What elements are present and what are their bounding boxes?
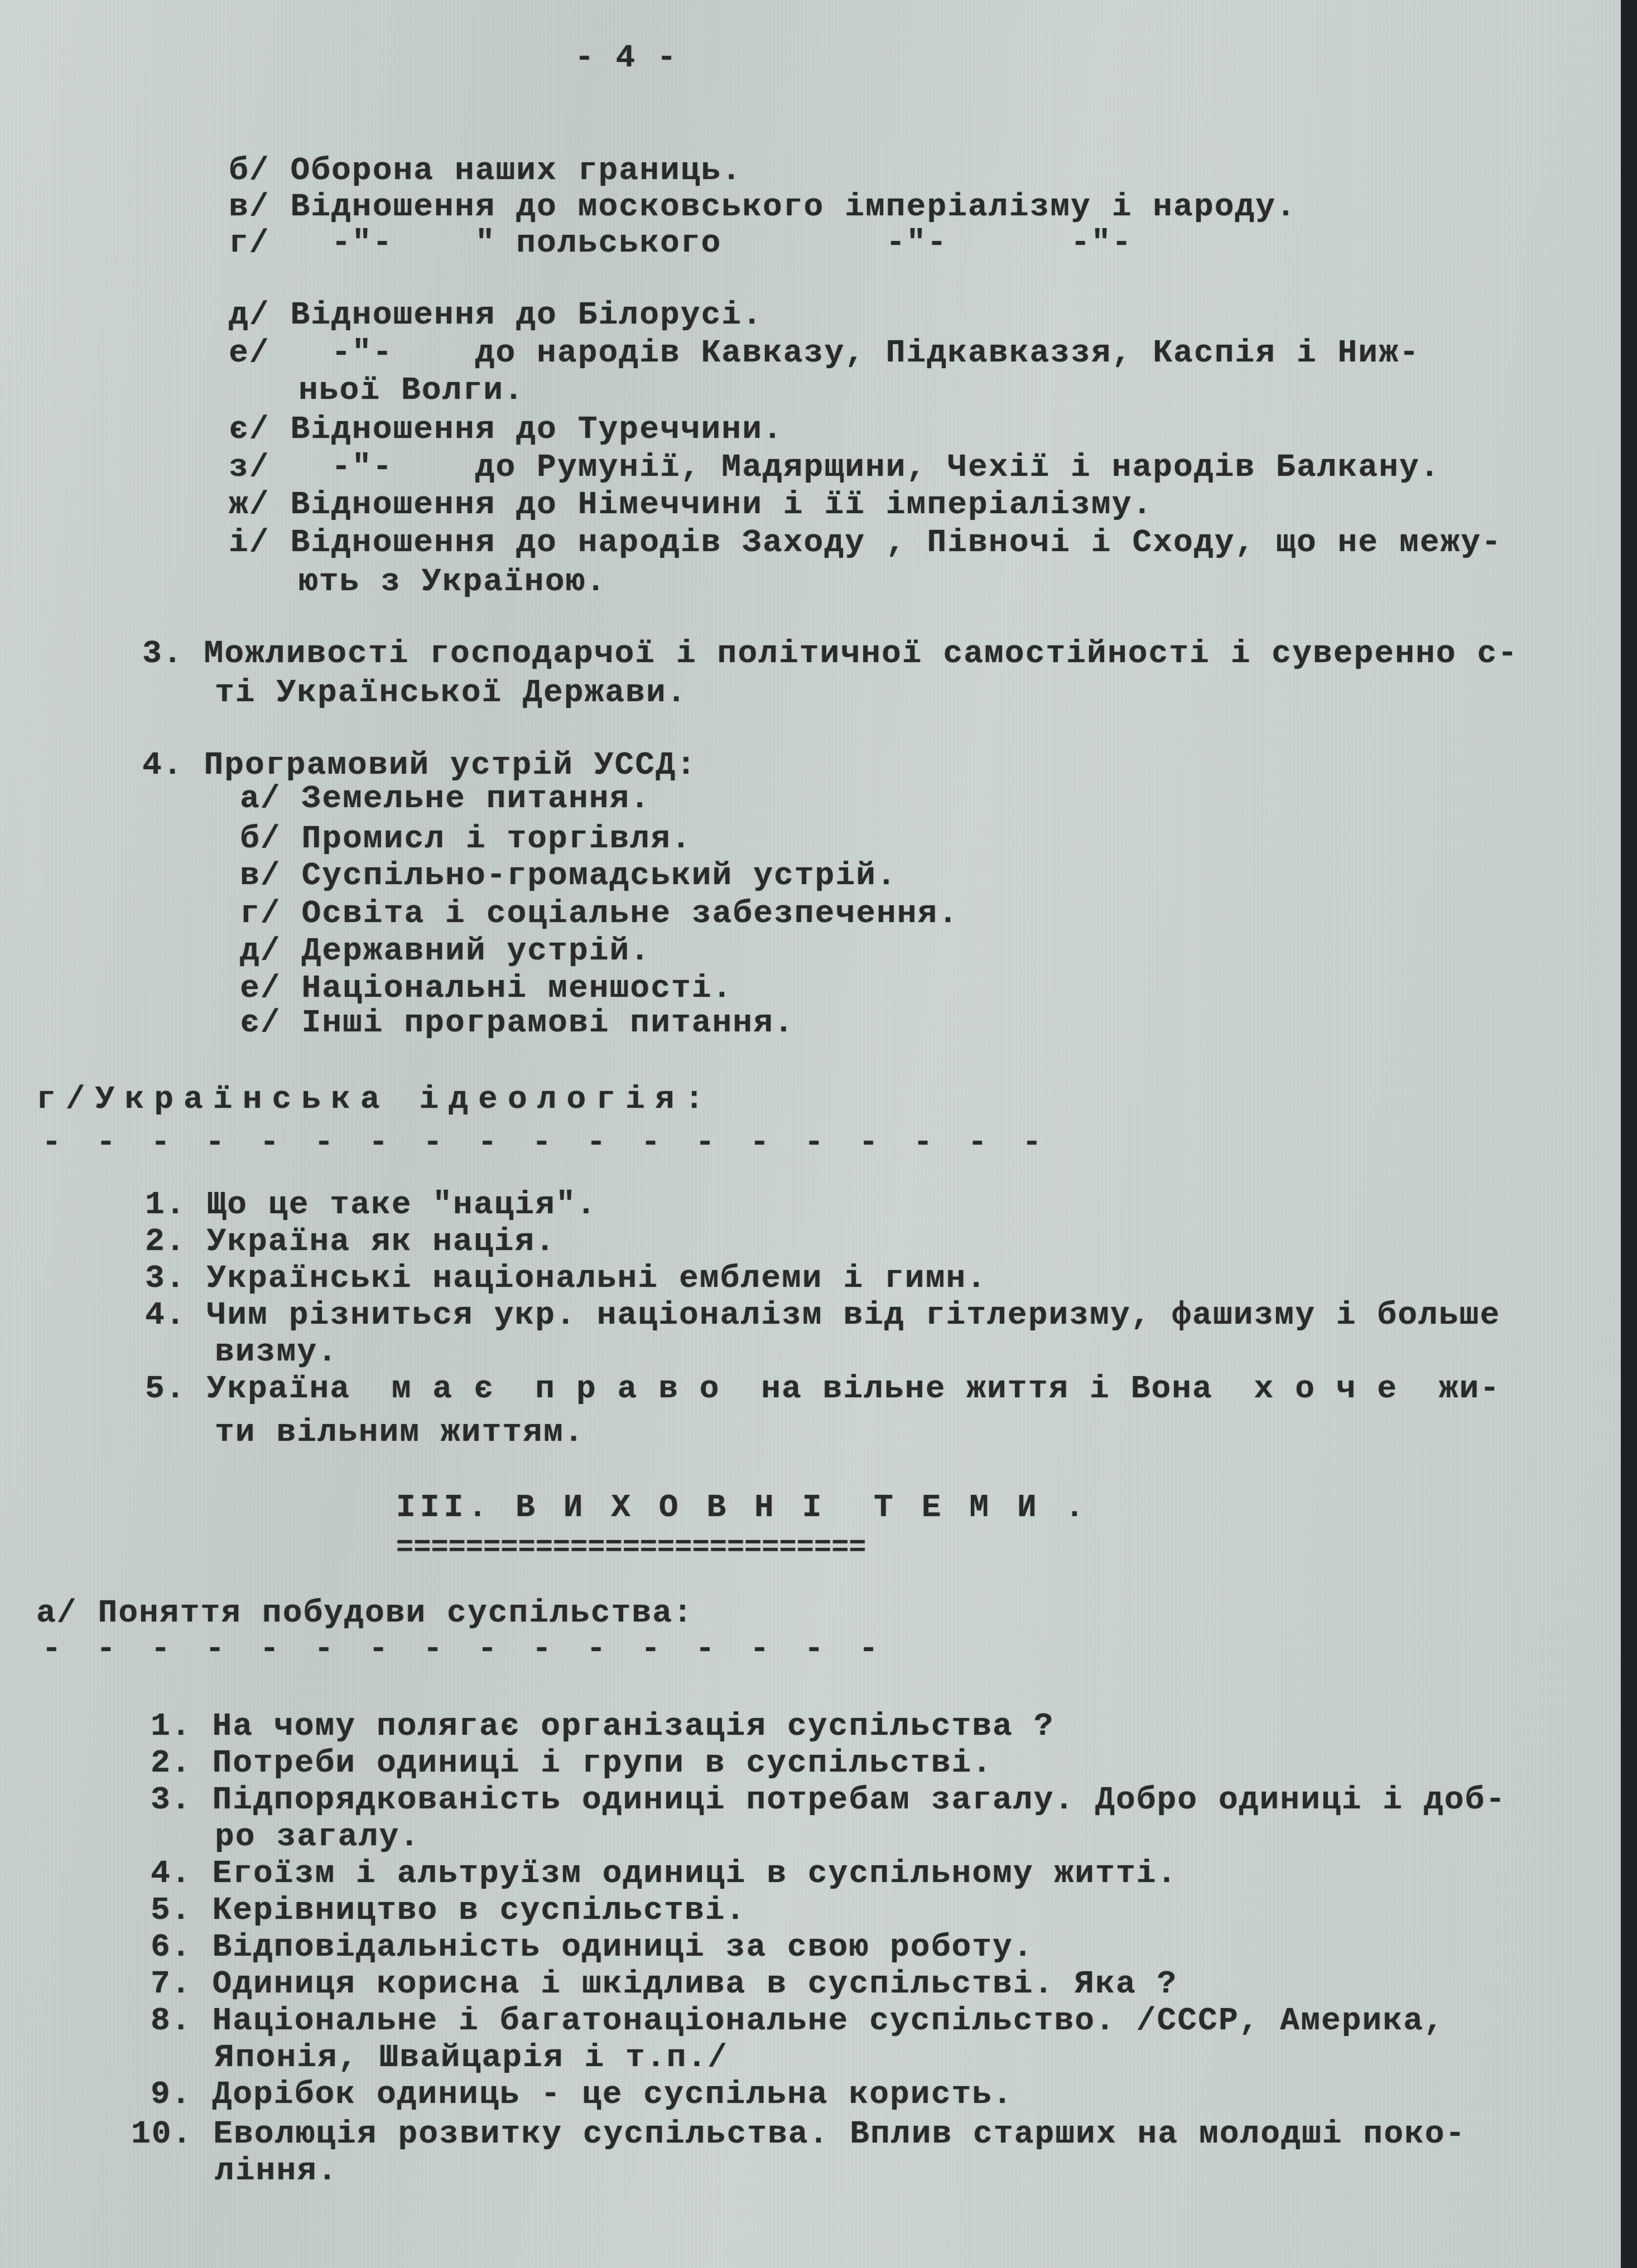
list-item: д/ Відношення до Білорусі. bbox=[229, 297, 763, 334]
item-text: Егоїзм і альтруїзм одиниці в суспільному… bbox=[212, 1856, 1177, 1892]
item-marker: з/ bbox=[229, 450, 270, 486]
list-item: і/ Відношення до народів Заходу , Півноч… bbox=[229, 525, 1502, 562]
typewritten-page: - 4 - б/ Оборона наших границь. в/ Відно… bbox=[0, 0, 1621, 2268]
list-item-continuation: визму. bbox=[215, 1334, 338, 1371]
item-text: Національне і багатонаціональне суспільс… bbox=[212, 2003, 1444, 2039]
item-marker: б/ bbox=[229, 153, 270, 189]
item-text: Що це таке "нація". bbox=[206, 1187, 596, 1223]
list-item: 3. Підпорядкованість одиниці потребам за… bbox=[151, 1782, 1506, 1819]
item-marker: а/ bbox=[240, 781, 281, 817]
dashed-rule: - - - - - - - - - - - - - - - - bbox=[42, 1632, 886, 1668]
list-item: 1. На чому полягає організація суспільст… bbox=[151, 1709, 1054, 1745]
item-text: Українські національні емблеми і гимн. bbox=[206, 1261, 987, 1297]
list-item: 5. Керівництво в суспільстві. bbox=[151, 1893, 746, 1929]
item-text: Земельне питання. bbox=[301, 781, 651, 817]
item-marker: ж/ bbox=[229, 487, 270, 523]
list-item: 8. Національне і багатонаціональне суспі… bbox=[151, 2003, 1445, 2040]
list-item: 2. Україна як нація. bbox=[145, 1224, 556, 1261]
item-text: Національні меншості. bbox=[301, 971, 733, 1007]
item-marker: е/ bbox=[229, 335, 270, 371]
item-text: Відношення до Туреччини. bbox=[290, 412, 783, 448]
item-marker: е/ bbox=[240, 971, 281, 1007]
item-text: Оборона наших границь. bbox=[290, 153, 742, 189]
item-text: Підпорядкованість одиниці потребам загал… bbox=[212, 1782, 1506, 1818]
list-item: 6. Відповідальність одиниці за свою робо… bbox=[151, 1929, 1034, 1966]
item-number: 3. bbox=[142, 636, 184, 672]
list-item-continuation: ті Української Держави. bbox=[215, 675, 687, 712]
item-text: Відповідальність одиниці за свою роботу. bbox=[212, 1929, 1033, 1966]
section-heading: III. В И Х О В Н І Т Е М И . bbox=[396, 1490, 1089, 1527]
item-text: -"- до Румунії, Мадярщини, Чехії і народ… bbox=[290, 450, 1440, 486]
list-item: б/ Оборона наших границь. bbox=[229, 153, 742, 190]
list-item: 3. Українські національні емблеми і гимн… bbox=[145, 1261, 987, 1297]
item-text: Чим різниться укр. націоналізм від гітле… bbox=[206, 1297, 1500, 1334]
item-text: Відношення до Білорусі. bbox=[290, 297, 763, 334]
list-item: є/ Відношення до Туреччини. bbox=[229, 412, 783, 448]
list-item: ж/ Відношення до Німеччини і її імперіал… bbox=[229, 487, 1153, 524]
list-item: 9. Дорібок одиниць - це суспільна корист… bbox=[151, 2077, 1013, 2113]
sub-item: д/ Державний устрій. bbox=[240, 933, 651, 970]
item-marker: є/ bbox=[240, 1005, 281, 1041]
sub-item: е/ Національні меншості. bbox=[240, 971, 733, 1007]
item-text: Відношення до народів Заходу , Півночі і… bbox=[290, 525, 1502, 561]
item-text: Відношення до Німеччини і її імперіалізм… bbox=[290, 487, 1153, 523]
page-number: - 4 - bbox=[575, 40, 677, 77]
item-marker: г/ bbox=[240, 896, 281, 932]
list-item-continuation: ють з Україною. bbox=[298, 564, 606, 601]
list-item-continuation: ро загалу. bbox=[215, 1819, 420, 1856]
item-number: 6. bbox=[151, 1929, 192, 1966]
list-item-continuation: Японія, Швайцарія і т.п./ bbox=[215, 2040, 728, 2077]
sub-item: б/ Промисл і торгівля. bbox=[240, 821, 692, 858]
item-text: Керівництво в суспільстві. bbox=[212, 1893, 746, 1929]
sub-item: г/ Освіта і соціальне забезпечення. bbox=[240, 896, 959, 933]
sub-item: а/ Земельне питання. bbox=[240, 781, 651, 818]
item-marker: є/ bbox=[229, 412, 270, 448]
double-rule: =========================== bbox=[396, 1529, 866, 1566]
item-number: 8. bbox=[151, 2003, 192, 2039]
scan-edge bbox=[1621, 0, 1637, 2268]
item-number: 4. bbox=[151, 1856, 192, 1892]
section-heading: г/Українська ідеологія: bbox=[36, 1082, 714, 1118]
item-number: 5. bbox=[145, 1371, 186, 1407]
item-number: 3. bbox=[145, 1261, 186, 1297]
list-item-continuation: ління. bbox=[215, 2153, 338, 2190]
item-marker: б/ bbox=[240, 821, 281, 857]
list-item: 5. Україна м а є п р а в о на вільне жит… bbox=[145, 1371, 1500, 1408]
sub-item: є/ Інші програмові питання. bbox=[240, 1005, 795, 1042]
list-item: 1. Що це таке "нація". bbox=[145, 1187, 597, 1224]
item-text: На чому полягає організація суспільства … bbox=[212, 1709, 1054, 1745]
item-text: Україна м а є п р а в о на вільне життя … bbox=[206, 1371, 1500, 1407]
item-text: Державний устрій. bbox=[301, 933, 651, 969]
list-item: в/ Відношення до московського імперіаліз… bbox=[229, 189, 1297, 226]
item-text: Україна як нація. bbox=[206, 1224, 556, 1260]
list-item: 4. Програмовий устрій УССД: bbox=[142, 747, 697, 784]
list-item: г/ -"- " польського -"- -"- bbox=[229, 225, 1132, 262]
item-number: 4. bbox=[145, 1297, 186, 1334]
item-text: Освіта і соціальне забезпечення. bbox=[301, 896, 959, 932]
subsection-heading: а/ Поняття побудови суспільства: bbox=[36, 1595, 694, 1632]
item-text: Дорібок одиниць - це суспільна користь. bbox=[212, 2077, 1013, 2113]
item-marker: в/ bbox=[229, 189, 270, 225]
item-text: -"- до народів Кавказу, Підкавказзя, Кас… bbox=[290, 335, 1419, 371]
item-marker: д/ bbox=[229, 297, 270, 334]
item-number: 4. bbox=[142, 747, 184, 784]
item-number: 2. bbox=[151, 1745, 192, 1782]
item-number: 1. bbox=[151, 1709, 192, 1745]
item-text: Інші програмові питання. bbox=[301, 1005, 794, 1041]
item-text: Одиниця корисна і шкідлива в суспільстві… bbox=[212, 1966, 1177, 2002]
item-text: Можливості господарчої і політичної само… bbox=[204, 636, 1518, 672]
item-number: 1. bbox=[145, 1187, 186, 1223]
item-number: 2. bbox=[145, 1224, 186, 1260]
item-text: Промисл і торгівля. bbox=[301, 821, 691, 857]
item-marker: і/ bbox=[229, 525, 270, 561]
item-text: Відношення до московського імперіалізму … bbox=[290, 189, 1296, 225]
list-item: 4. Егоїзм і альтруїзм одиниці в суспільн… bbox=[151, 1856, 1177, 1893]
item-text: Суспільно-громадський устрій. bbox=[301, 858, 897, 894]
list-item: е/ -"- до народів Кавказу, Підкавказзя, … bbox=[229, 335, 1420, 372]
list-item: 3. Можливості господарчої і політичної с… bbox=[142, 636, 1518, 673]
item-number: 7. bbox=[151, 1966, 192, 2002]
item-text: -"- " польського -"- -"- bbox=[290, 225, 1132, 262]
item-number: 9. bbox=[151, 2077, 192, 2113]
dashed-rule: - - - - - - - - - - - - - - - - - - - bbox=[42, 1125, 1049, 1162]
item-number: 10. bbox=[131, 2116, 192, 2153]
list-item: 4. Чим різниться укр. націоналізм від гі… bbox=[145, 1297, 1500, 1334]
item-text: Еволюція розвитку суспільства. Вплив ста… bbox=[213, 2116, 1466, 2153]
list-item: з/ -"- до Румунії, Мадярщини, Чехії і на… bbox=[229, 450, 1441, 486]
item-title: Програмовий устрій УССД: bbox=[204, 747, 696, 784]
list-item: 2. Потреби одиниці і групи в суспільстві… bbox=[151, 1745, 993, 1782]
list-item: 7. Одиниця корисна і шкідлива в суспільс… bbox=[151, 1966, 1177, 2003]
item-marker: в/ bbox=[240, 858, 281, 894]
item-marker: д/ bbox=[240, 933, 281, 969]
item-number: 5. bbox=[151, 1893, 192, 1929]
list-item-continuation: ти вільним життям. bbox=[215, 1415, 585, 1451]
list-item: 10. Еволюція розвитку суспільства. Вплив… bbox=[131, 2116, 1466, 2153]
item-marker: г/ bbox=[229, 225, 270, 262]
item-number: 3. bbox=[151, 1782, 192, 1818]
list-item-continuation: ньої Волги. bbox=[298, 373, 524, 409]
item-text: Потреби одиниці і групи в суспільстві. bbox=[212, 1745, 993, 1782]
sub-item: в/ Суспільно-громадський устрій. bbox=[240, 858, 897, 895]
